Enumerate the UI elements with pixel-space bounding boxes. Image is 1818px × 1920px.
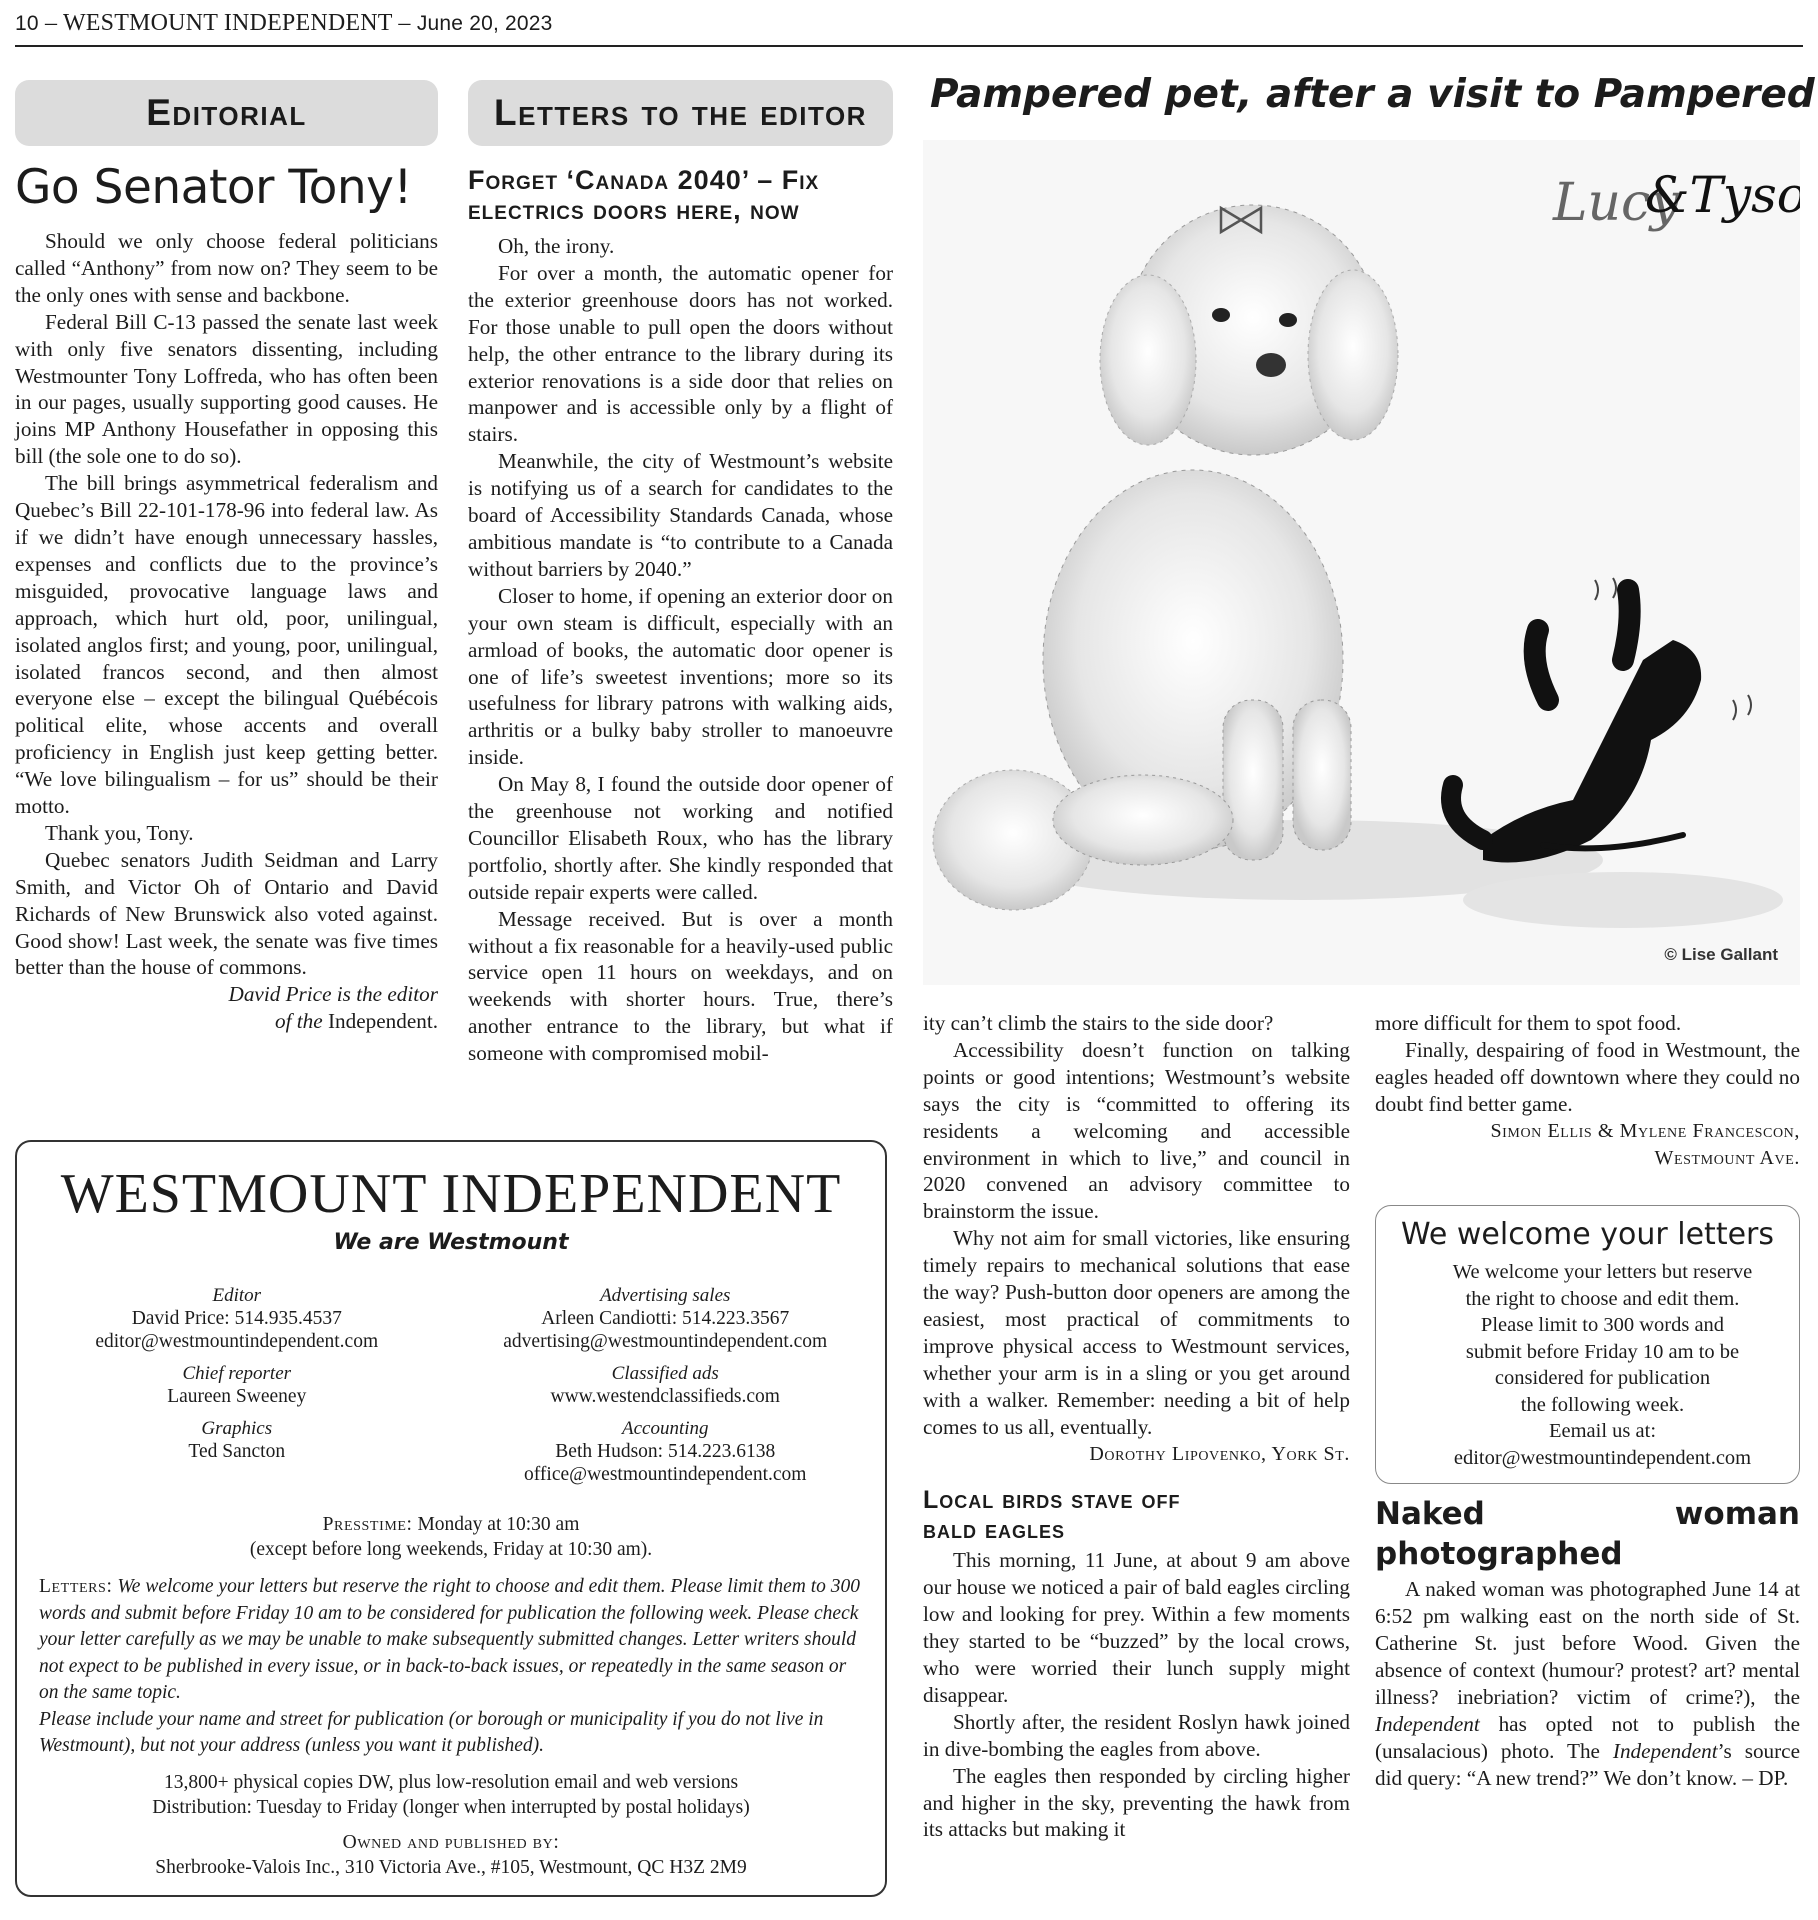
letter-headline-doors: Forget ‘Canada 2040’ – Fix electrics doo… bbox=[468, 165, 893, 225]
staff-accounting: Accounting Beth Hudson: 514.223.6138 off… bbox=[467, 1418, 863, 1486]
ownership: Owned and published by: Sherbrooke-Valoi… bbox=[17, 1830, 885, 1880]
signature-line: Westmount Ave. bbox=[1375, 1145, 1800, 1172]
staff-email[interactable]: editor@westmountindependent.com bbox=[39, 1330, 435, 1353]
staff-directory: Editor David Price: 514.935.4537 editor@… bbox=[39, 1285, 863, 1496]
paragraph: Message received. But is over a month wi… bbox=[468, 906, 893, 1067]
staff-graphics: Graphics Ted Sancton bbox=[39, 1418, 435, 1463]
brief-italic: Independent bbox=[1613, 1739, 1718, 1763]
cartoon-credit: © Lise Gallant bbox=[1664, 945, 1778, 965]
letters-label: Letters: bbox=[39, 1576, 112, 1597]
welcome-line: the right to choose and edit them. bbox=[1390, 1286, 1785, 1313]
presstime-label: Presstime: bbox=[323, 1514, 413, 1535]
paragraph: This morning, 11 June, at about 9 am abo… bbox=[923, 1547, 1350, 1708]
staff-left: Editor David Price: 514.935.4537 editor@… bbox=[39, 1285, 435, 1496]
staff-role: Editor bbox=[39, 1285, 435, 1307]
staff-role: Chief reporter bbox=[39, 1363, 435, 1385]
distribution-info: 13,800+ physical copies DW, plus low-res… bbox=[17, 1770, 885, 1820]
masthead-name: WESTMOUNT INDEPENDENT bbox=[17, 1164, 885, 1224]
owner-address: Sherbrooke-Valois Inc., 310 Victoria Ave… bbox=[17, 1855, 885, 1880]
staff-contact: Laureen Sweeney bbox=[39, 1385, 435, 1408]
headline-line: bald eagles bbox=[923, 1515, 1350, 1545]
headline-line: Local birds stave off bbox=[923, 1485, 1350, 1515]
publication-name: WESTMOUNT INDEPENDENT bbox=[63, 10, 392, 36]
staff-contact: David Price: 514.935.4537 bbox=[39, 1307, 435, 1330]
letters-policy-text: Please include your name and street for … bbox=[39, 1709, 823, 1757]
cartoon-illustration: Lucy &Tyson © Lise Gallant bbox=[923, 140, 1800, 985]
welcome-line: Eemail us at: bbox=[1390, 1418, 1785, 1445]
signature-italic: of the bbox=[275, 1009, 323, 1033]
section-label-letters: Letters to the editor bbox=[468, 80, 893, 146]
letter-signature-birds: Simon Ellis & Mylene Francescon, Westmou… bbox=[1375, 1118, 1800, 1172]
staff-email[interactable]: office@westmountindependent.com bbox=[467, 1463, 863, 1486]
signature-line: Simon Ellis & Mylene Francescon, bbox=[1375, 1118, 1800, 1145]
welcome-line: considered for publication bbox=[1390, 1365, 1785, 1392]
masthead-slogan: We are Westmount bbox=[17, 1230, 885, 1255]
staff-editor: Editor David Price: 514.935.4537 editor@… bbox=[39, 1285, 435, 1353]
dog-and-cat-illustration: Lucy &Tyson bbox=[923, 140, 1800, 985]
column-4: more difficult for them to spot food. Fi… bbox=[1375, 1010, 1800, 1792]
staff-chief-reporter: Chief reporter Laureen Sweeney bbox=[39, 1363, 435, 1408]
svg-text:&Tyson: &Tyson bbox=[1645, 166, 1800, 224]
continued-text: ity can’t climb the stairs to the side d… bbox=[923, 1010, 1350, 1037]
brief-headline: Naked woman photographed bbox=[1375, 1494, 1800, 1574]
paragraph: Why not aim for small victories, like en… bbox=[923, 1225, 1350, 1440]
staff-role: Advertising sales bbox=[467, 1285, 863, 1307]
welcome-line: submit before Friday 10 am to be bbox=[1390, 1339, 1785, 1366]
staff-role: Classified ads bbox=[467, 1363, 863, 1385]
editorial-body: Should we only choose federal politician… bbox=[15, 228, 438, 1035]
staff-advertising: Advertising sales Arleen Candiotti: 514.… bbox=[467, 1285, 863, 1353]
paragraph: The bill brings asymmetrical federalism … bbox=[15, 470, 438, 820]
editorial-headline: Go Senator Tony! bbox=[15, 160, 412, 215]
circulation: 13,800+ physical copies DW, plus low-res… bbox=[17, 1770, 885, 1795]
brief-text: A naked woman was photographed June 14 a… bbox=[1375, 1577, 1800, 1709]
editorial-signature: David Price is the editor of the Indepen… bbox=[15, 981, 438, 1035]
letter-signature-doors: Dorothy Lipovenko, York St. bbox=[923, 1441, 1350, 1468]
signature-roman: Independent. bbox=[323, 1009, 438, 1033]
paragraph: Shortly after, the resident Roslyn hawk … bbox=[923, 1709, 1350, 1763]
welcome-line: Please limit to 300 words and bbox=[1390, 1312, 1785, 1339]
column-3: ity can’t climb the stairs to the side d… bbox=[923, 1010, 1350, 1843]
continued-text: more difficult for them to spot food. bbox=[1375, 1010, 1800, 1037]
staff-website-link[interactable]: www.westendclassifieds.com bbox=[467, 1385, 863, 1408]
welcome-title: We welcome your letters bbox=[1390, 1222, 1785, 1249]
page-number: 10 bbox=[15, 12, 39, 35]
paragraph: Closer to home, if opening an exterior d… bbox=[468, 583, 893, 771]
paragraph: Thank you, Tony. bbox=[15, 820, 438, 847]
cartoon-title: Pampered pet, after a visit to Pampered … bbox=[930, 72, 1800, 117]
staff-contact: Beth Hudson: 514.223.6138 bbox=[467, 1440, 863, 1463]
staff-right: Advertising sales Arleen Candiotti: 514.… bbox=[467, 1285, 863, 1496]
brief-italic: Independent bbox=[1375, 1712, 1480, 1736]
brief-body: A naked woman was photographed June 14 a… bbox=[1375, 1576, 1800, 1791]
paragraph: On May 8, I found the outside door opene… bbox=[468, 771, 893, 906]
welcome-line: the following week. bbox=[1390, 1392, 1785, 1419]
running-head: 10 – WESTMOUNT INDEPENDENT – June 20, 20… bbox=[15, 10, 553, 37]
section-label-editorial: Editorial bbox=[15, 80, 438, 146]
owner-label: Owned and published by: bbox=[17, 1830, 885, 1855]
paragraph: Should we only choose federal politician… bbox=[15, 228, 438, 309]
paragraph: For over a month, the automatic opener f… bbox=[468, 260, 893, 448]
issue-date: June 20, 2023 bbox=[417, 12, 553, 35]
separator: – bbox=[39, 10, 63, 36]
letter-body-doors: Oh, the irony. For over a month, the aut… bbox=[468, 233, 893, 1067]
header-rule bbox=[15, 45, 1803, 47]
paragraph: Finally, despairing of food in Westmount… bbox=[1375, 1037, 1800, 1118]
paragraph: Oh, the irony. bbox=[468, 233, 893, 260]
presstime-note: (except before long weekends, Friday at … bbox=[17, 1537, 885, 1562]
welcome-email[interactable]: editor@westmountindependent.com bbox=[1390, 1445, 1785, 1472]
staff-role: Accounting bbox=[467, 1418, 863, 1440]
presstime-text: Monday at 10:30 am bbox=[413, 1514, 580, 1535]
separator: – bbox=[392, 10, 417, 36]
signature-line: of the Independent. bbox=[15, 1008, 438, 1035]
welcome-line: We welcome your letters but reserve bbox=[1390, 1259, 1785, 1286]
signature-line: David Price is the editor bbox=[15, 981, 438, 1008]
staff-classifieds: Classified ads www.westendclassifieds.co… bbox=[467, 1363, 863, 1408]
paragraph: The eagles then responded by circling hi… bbox=[923, 1763, 1350, 1844]
staff-role: Graphics bbox=[39, 1418, 435, 1440]
paragraph: Meanwhile, the city of Westmount’s websi… bbox=[468, 448, 893, 583]
staff-contact: Ted Sancton bbox=[39, 1440, 435, 1463]
staff-contact: Arleen Candiotti: 514.223.3567 bbox=[467, 1307, 863, 1330]
staff-email[interactable]: advertising@westmountindependent.com bbox=[467, 1330, 863, 1353]
paragraph: Federal Bill C-13 passed the senate last… bbox=[15, 309, 438, 470]
presstime: Presstime: Monday at 10:30 am (except be… bbox=[17, 1512, 885, 1562]
letters-policy: Letters: We welcome your letters but res… bbox=[39, 1574, 863, 1760]
letter-headline-birds: Local birds stave off bald eagles bbox=[923, 1485, 1350, 1545]
paragraph: Quebec senators Judith Seidman and Larry… bbox=[15, 847, 438, 982]
masthead-box: WESTMOUNT INDEPENDENT We are Westmount E… bbox=[15, 1140, 887, 1897]
letters-policy-text: We welcome your letters but reserve the … bbox=[39, 1576, 860, 1703]
welcome-letters-box: We welcome your letters We welcome your … bbox=[1375, 1205, 1800, 1484]
distribution: Distribution: Tuesday to Friday (longer … bbox=[17, 1795, 885, 1820]
paragraph: Accessibility doesn’t function on talkin… bbox=[923, 1037, 1350, 1225]
